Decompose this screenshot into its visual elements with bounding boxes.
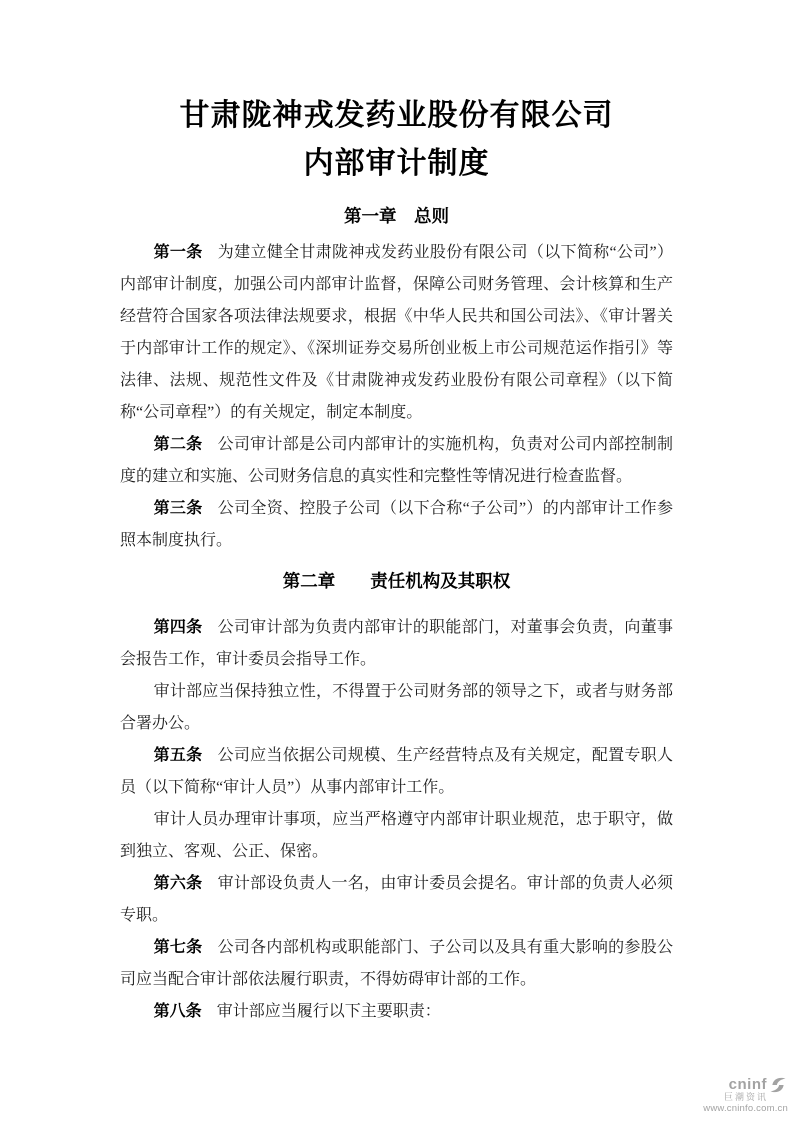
article-5: 第五条公司应当依据公司规模、生产经营特点及有关规定，配置专职人员（以下简称“审计…: [120, 740, 673, 804]
article-text: 为建立健全甘肃陇神戎发药业股份有限公司（以下简称“公司”）内部审计制度，加强公司…: [120, 244, 673, 421]
article-label: 第七条: [154, 939, 203, 956]
chapter-2-heading: 第二章 责任机构及其职权: [120, 565, 673, 597]
article-label: 第四条: [154, 619, 203, 636]
article-text: 审计部应当保持独立性，不得置于公司财务部的领导之下，或者与财务部合署办公。: [120, 683, 673, 732]
document-title-line2: 内部审计制度: [120, 140, 673, 188]
article-8: 第八条审计部应当履行以下主要职责：: [120, 996, 673, 1028]
document-page: 甘肃陇神戎发药业股份有限公司 内部审计制度 第一章 总则 第一条为建立健全甘肃陇…: [0, 0, 793, 1122]
article-label: 第八条: [154, 1003, 202, 1020]
article-text: 公司审计部是公司内部审计的实施机构，负责对公司内部控制制度的建立和实施、公司财务…: [120, 436, 673, 485]
article-5-continuation: 审计人员办理审计事项，应当严格遵守内部审计职业规范，忠于职守，做到独立、客观、公…: [120, 804, 673, 868]
article-text: 公司应当依据公司规模、生产经营特点及有关规定，配置专职人员（以下简称“审计人员”…: [120, 747, 673, 796]
cninfo-brand-cn: 巨潮资讯: [703, 1092, 768, 1103]
article-6: 第六条审计部设负责人一名，由审计委员会提名。审计部的负责人必须专职。: [120, 868, 673, 932]
article-text: 审计人员办理审计事项，应当严格遵守内部审计职业规范，忠于职守，做到独立、客观、公…: [120, 811, 673, 860]
document-title-line1: 甘肃陇神戎发药业股份有限公司: [120, 92, 673, 140]
article-2: 第二条公司审计部是公司内部审计的实施机构，负责对公司内部控制制度的建立和实施、公…: [120, 429, 673, 493]
article-1: 第一条为建立健全甘肃陇神戎发药业股份有限公司（以下简称“公司”）内部审计制度，加…: [120, 237, 673, 429]
article-3: 第三条公司全资、控股子公司（以下合称“子公司”）的内部审计工作参照本制度执行。: [120, 493, 673, 557]
article-label: 第五条: [154, 747, 203, 764]
article-label: 第一条: [154, 244, 203, 261]
article-text: 审计部设负责人一名，由审计委员会提名。审计部的负责人必须专职。: [120, 875, 673, 924]
article-label: 第二条: [154, 436, 203, 453]
article-text: 审计部应当履行以下主要职责：: [217, 1003, 441, 1020]
document-title: 甘肃陇神戎发药业股份有限公司 内部审计制度: [120, 92, 673, 188]
document-content: 甘肃陇神戎发药业股份有限公司 内部审计制度 第一章 总则 第一条为建立健全甘肃陇…: [0, 92, 793, 1028]
cninfo-swirl-icon: [767, 1076, 788, 1094]
article-text: 公司各内部机构或职能部门、子公司以及具有重大影响的参股公司应当配合审计部依法履行…: [120, 939, 673, 988]
article-4-continuation: 审计部应当保持独立性，不得置于公司财务部的领导之下，或者与财务部合署办公。: [120, 676, 673, 740]
article-4: 第四条公司审计部为负责内部审计的职能部门，对董事会负责，向董事会报告工作，审计委…: [120, 612, 673, 676]
chapter-1-heading: 第一章 总则: [120, 200, 673, 232]
article-text: 公司审计部为负责内部审计的职能部门，对董事会负责，向董事会报告工作，审计委员会指…: [120, 619, 673, 668]
article-label: 第三条: [154, 500, 203, 517]
cninfo-url: www.cninfo.com.cn: [703, 1103, 788, 1114]
article-label: 第六条: [154, 875, 203, 892]
article-7: 第七条公司各内部机构或职能部门、子公司以及具有重大影响的参股公司应当配合审计部依…: [120, 932, 673, 996]
cninfo-logo: cninf 巨潮资讯 www.cninfo.com.cn: [703, 1076, 788, 1114]
